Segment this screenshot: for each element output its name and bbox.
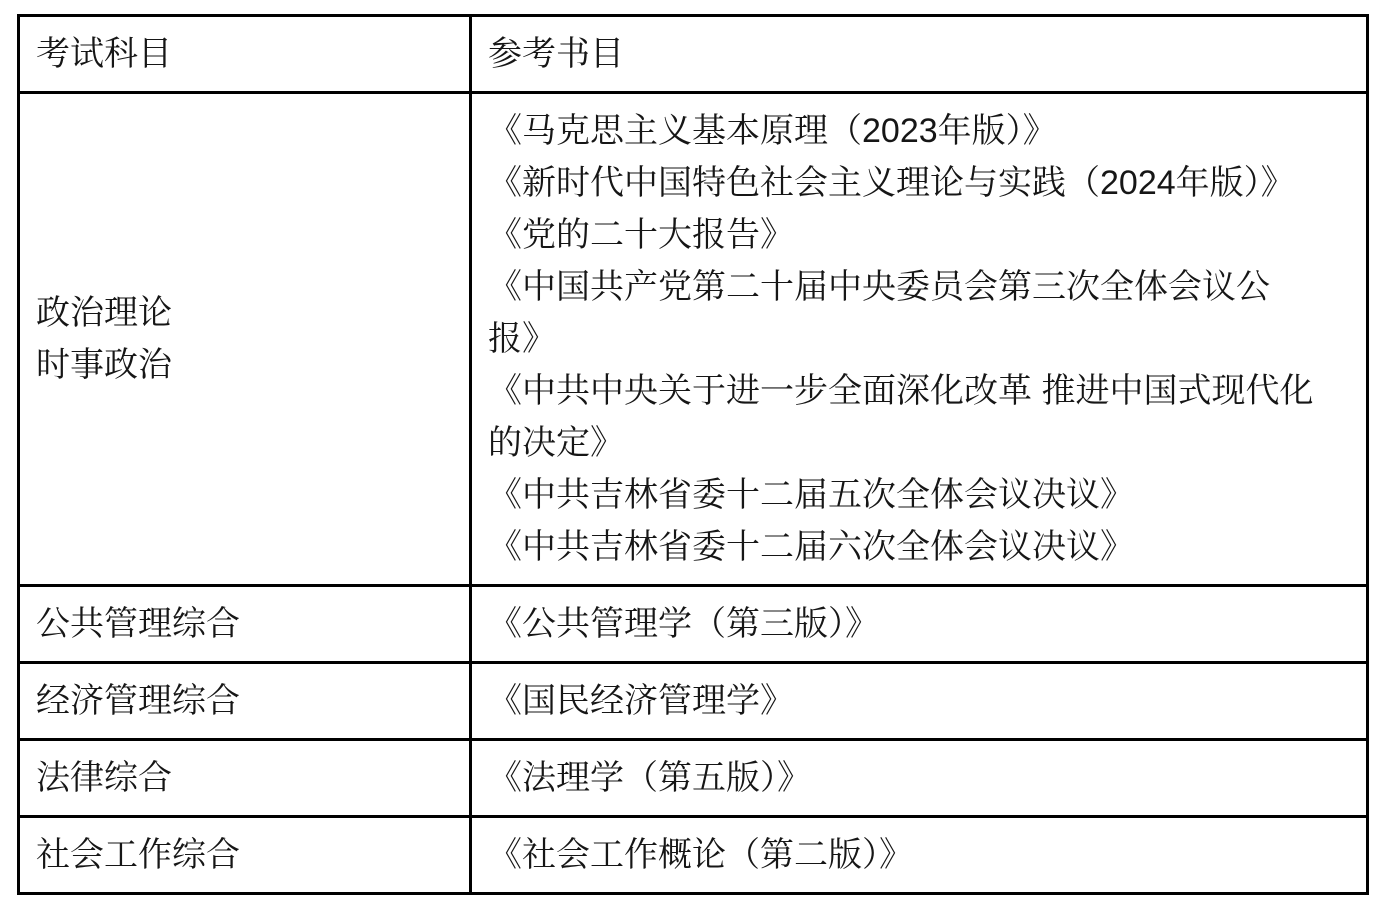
books-cell: 《社会工作概论（第二版）》	[471, 817, 1368, 894]
book-title-line: 《党的二十大报告》	[488, 209, 1350, 261]
subject-cell: 政治理论时事政治	[19, 93, 471, 586]
subject-line: 时事政治	[36, 339, 453, 391]
book-title: 《马克思主义基本原理（2023年版）》	[488, 105, 1350, 157]
books-cell: 《马克思主义基本原理（2023年版）》《新时代中国特色社会主义理论与实践（202…	[471, 93, 1368, 586]
subject-cell: 经济管理综合	[19, 663, 471, 740]
book-title: 《社会工作概论（第二版）》	[488, 829, 1350, 881]
book-title: 《新时代中国特色社会主义理论与实践（2024年版）》	[488, 157, 1350, 209]
column-header-exam-subjects: 考试科目	[19, 16, 471, 93]
book-title-line: 《国民经济管理学》	[488, 675, 1350, 727]
book-title-line: 《公共管理学（第三版）》	[488, 598, 1350, 650]
books-cell: 《法理学（第五版）》	[471, 740, 1368, 817]
table-header: 考试科目 参考书目	[19, 16, 1368, 93]
books-cell: 《公共管理学（第三版）》	[471, 586, 1368, 663]
book-title: 《党的二十大报告》	[488, 209, 1350, 261]
exam-reference-table-container: 考试科目 参考书目 政治理论时事政治《马克思主义基本原理（2023年版）》《新时…	[17, 14, 1369, 895]
table-row: 公共管理综合《公共管理学（第三版）》	[19, 586, 1368, 663]
table-row: 法律综合《法理学（第五版）》	[19, 740, 1368, 817]
book-title: 《公共管理学（第三版）》	[488, 598, 1350, 650]
book-title-line: 《中共吉林省委十二届五次全体会议决议》	[488, 469, 1350, 521]
book-title-line: 报》	[488, 313, 1350, 365]
book-title-line: 《社会工作概论（第二版）》	[488, 829, 1350, 881]
subject-line: 公共管理综合	[36, 598, 453, 650]
subject-line: 经济管理综合	[36, 675, 453, 727]
subject-line: 法律综合	[36, 752, 453, 804]
book-title: 《国民经济管理学》	[488, 675, 1350, 727]
subject-cell: 法律综合	[19, 740, 471, 817]
book-title: 《中国共产党第二十届中央委员会第三次全体会议公报》	[488, 261, 1350, 365]
books-cell: 《国民经济管理学》	[471, 663, 1368, 740]
table-row: 政治理论时事政治《马克思主义基本原理（2023年版）》《新时代中国特色社会主义理…	[19, 93, 1368, 586]
subject-line: 社会工作综合	[36, 829, 453, 881]
column-header-reference-books: 参考书目	[471, 16, 1368, 93]
exam-reference-table: 考试科目 参考书目 政治理论时事政治《马克思主义基本原理（2023年版）》《新时…	[17, 14, 1369, 895]
header-row: 考试科目 参考书目	[19, 16, 1368, 93]
subject-cell: 社会工作综合	[19, 817, 471, 894]
book-title-line: 《中共吉林省委十二届六次全体会议决议》	[488, 521, 1350, 573]
book-title-line: 《法理学（第五版）》	[488, 752, 1350, 804]
subject-line: 政治理论	[36, 287, 453, 339]
table-row: 经济管理综合《国民经济管理学》	[19, 663, 1368, 740]
book-title: 《中共吉林省委十二届六次全体会议决议》	[488, 521, 1350, 573]
book-title: 《中共中央关于进一步全面深化改革 推进中国式现代化的决定》	[488, 365, 1350, 469]
table-row: 社会工作综合《社会工作概论（第二版）》	[19, 817, 1368, 894]
book-title-line: 《中国共产党第二十届中央委员会第三次全体会议公	[488, 261, 1350, 313]
book-title: 《法理学（第五版）》	[488, 752, 1350, 804]
book-title-line: 《中共中央关于进一步全面深化改革 推进中国式现代化	[488, 365, 1350, 417]
book-title-line: 的决定》	[488, 417, 1350, 469]
book-title: 《中共吉林省委十二届五次全体会议决议》	[488, 469, 1350, 521]
subject-cell: 公共管理综合	[19, 586, 471, 663]
book-title-line: 《新时代中国特色社会主义理论与实践（2024年版）》	[488, 157, 1350, 209]
book-title-line: 《马克思主义基本原理（2023年版）》	[488, 105, 1350, 157]
table-body: 政治理论时事政治《马克思主义基本原理（2023年版）》《新时代中国特色社会主义理…	[19, 93, 1368, 894]
